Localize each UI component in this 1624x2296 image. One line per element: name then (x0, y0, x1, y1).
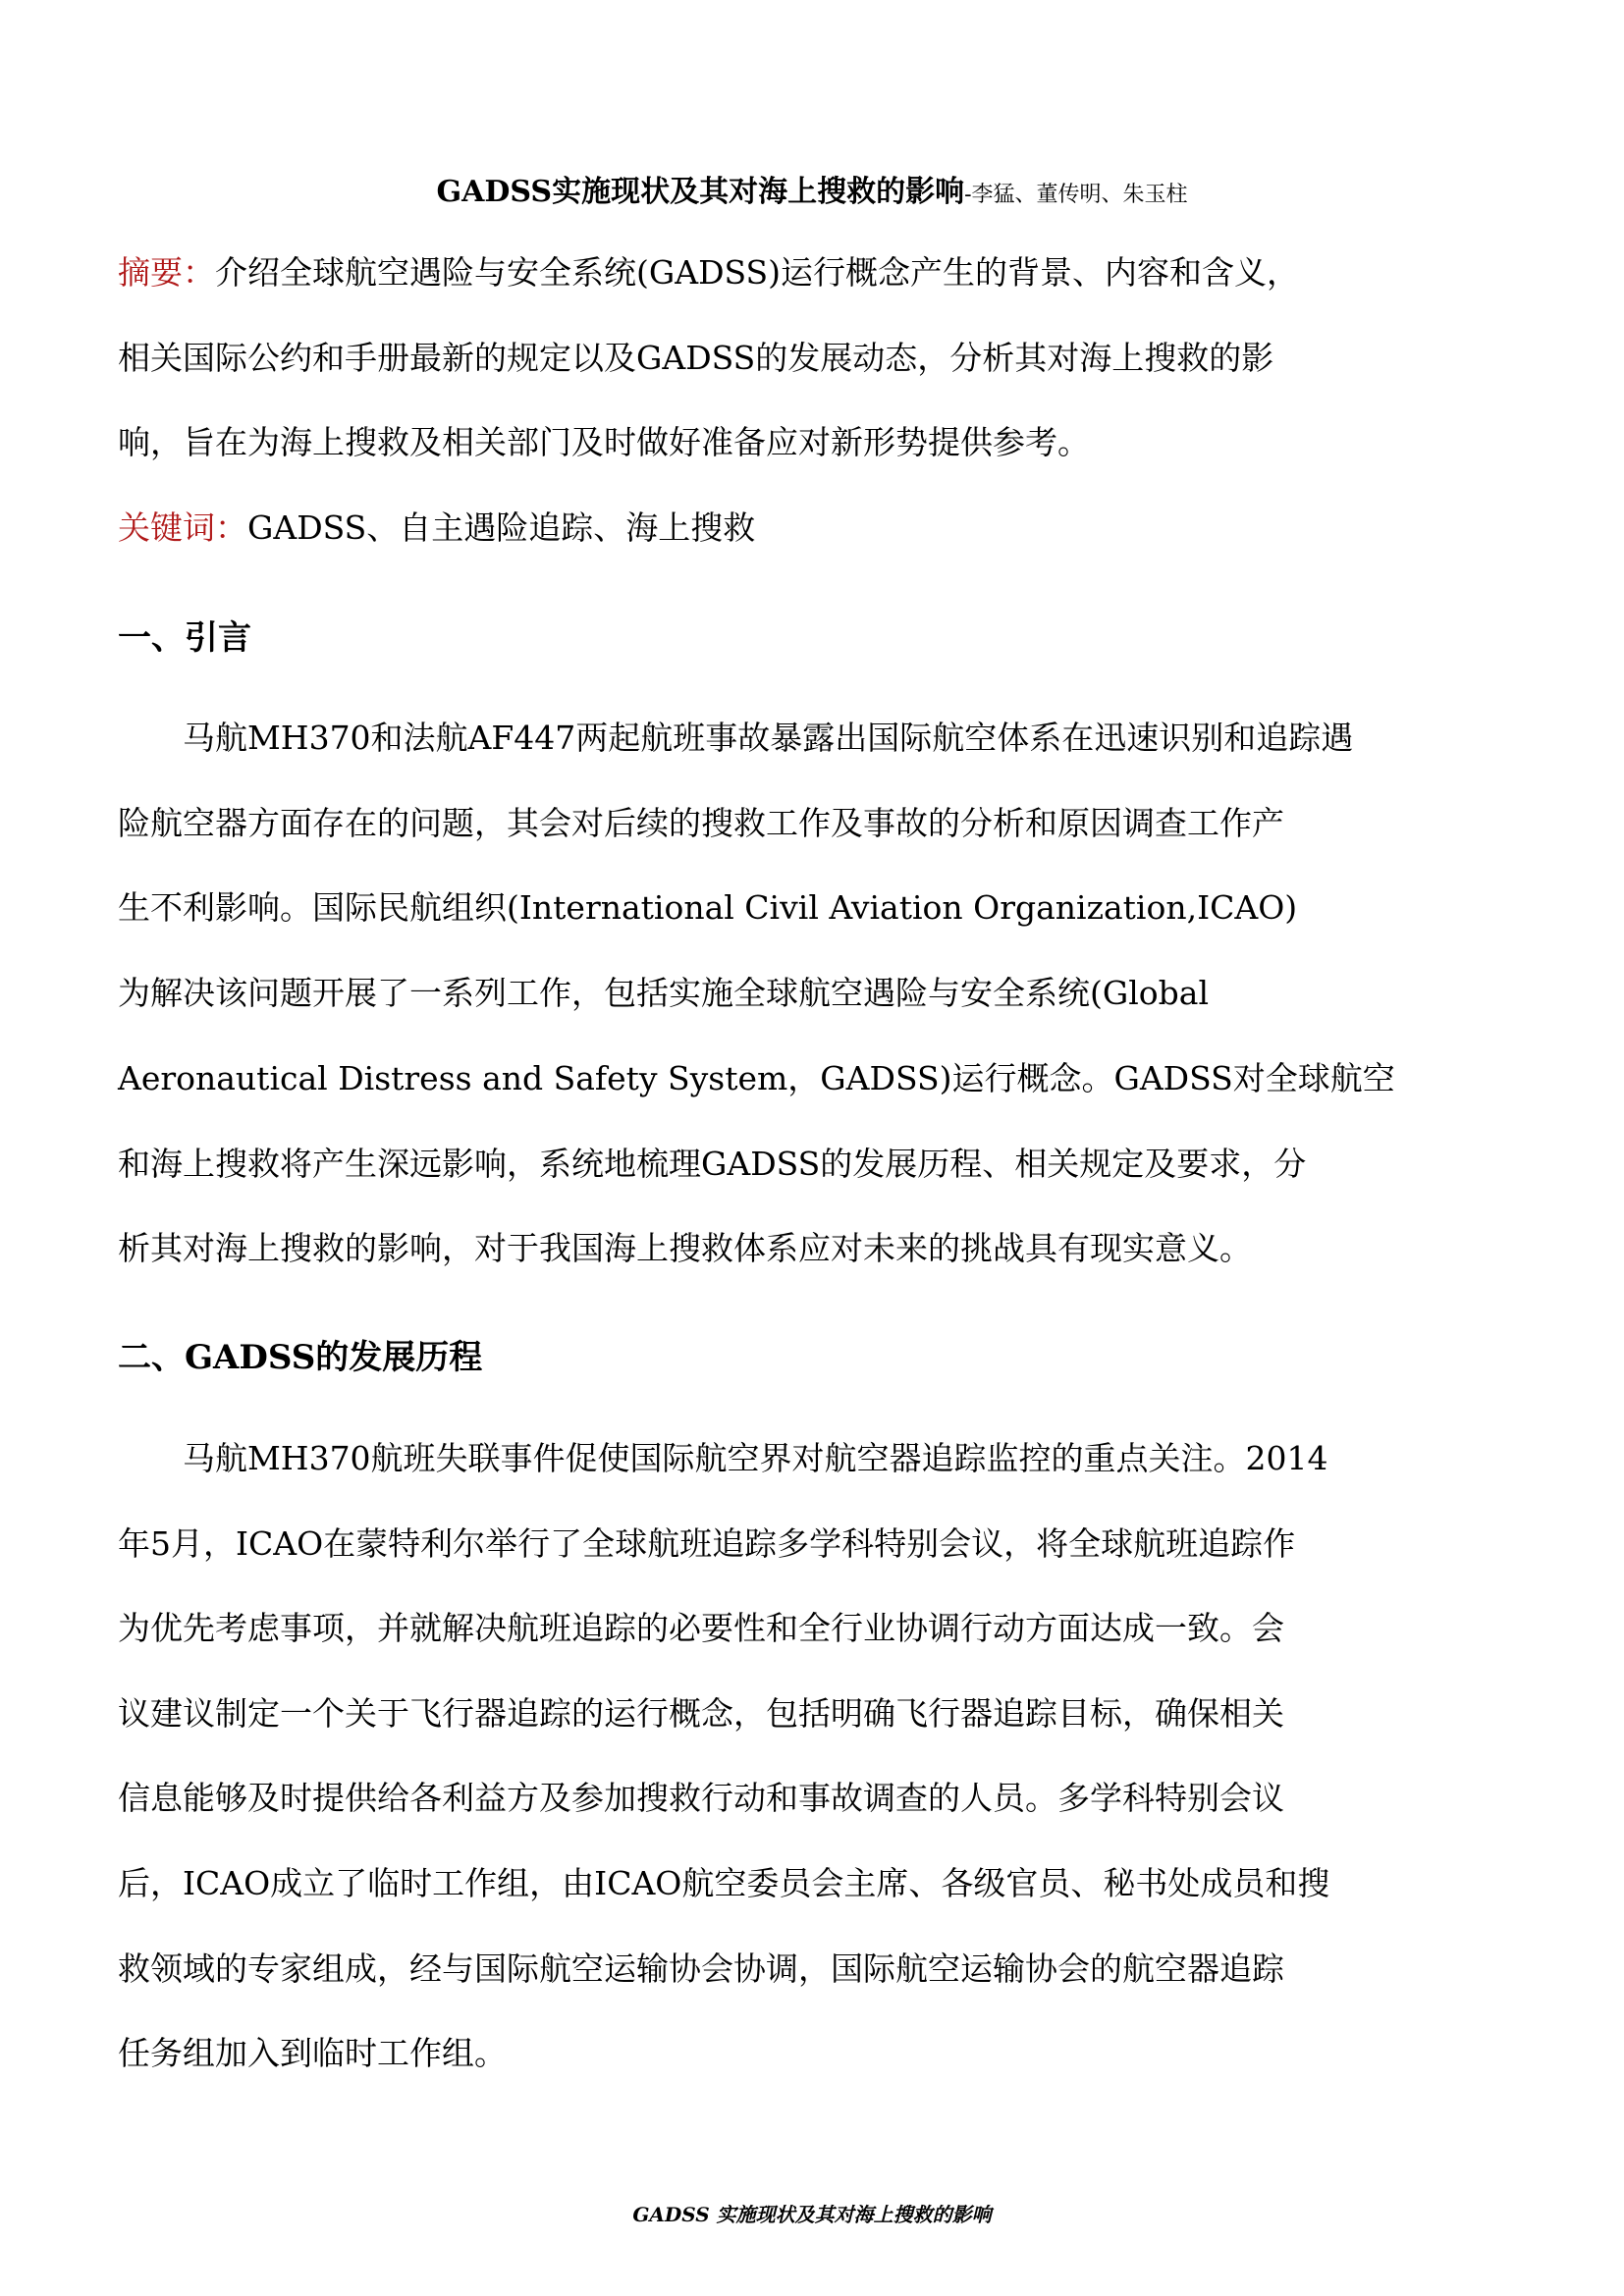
abstract-text: 介绍全球航空遇险与安全系统(GADSS)运行概念产生的背景、内容和含义， (215, 253, 1299, 292)
paragraph-line: 为解决该问题开展了一系列工作，包括实施全球航空遇险与安全系统(Global (118, 968, 1512, 1014)
document-title: GADSS实施现状及其对海上搜救的影响-李猛、董传明、朱玉柱 (0, 167, 1624, 210)
paragraph-line: 险航空器方面存在的问题，其会对后续的搜救工作及事故的分析和原因调查工作产 (118, 798, 1512, 844)
paragraph-line: 和海上搜救将产生深远影响，系统地梳理GADSS的发展历程、相关规定及要求，分 (118, 1139, 1512, 1185)
abstract-line-3: 响，旨在为海上搜救及相关部门及时做好准备应对新形势提供参考。 (118, 417, 1512, 463)
paragraph-line: 马航MH370和法航AF447两起航班事故暴露出国际航空体系在迅速识别和追踪遇 (118, 713, 1512, 759)
document-page: GADSS实施现状及其对海上搜救的影响-李猛、董传明、朱玉柱 摘要：介绍全球航空… (0, 0, 1624, 2296)
abstract-line-1: 摘要：介绍全球航空遇险与安全系统(GADSS)运行概念产生的背景、内容和含义， (118, 247, 1512, 294)
keywords-label: 关键词： (118, 508, 247, 547)
paragraph-line: 析其对海上搜救的影响，对于我国海上搜救体系应对未来的挑战具有现实意义。 (118, 1223, 1512, 1269)
paragraph-line: 马航MH370航班失联事件促使国际航空界对航空器追踪监控的重点关注。2014 (118, 1433, 1512, 1479)
title-text: GADSS实施现状及其对海上搜救的影响 (436, 175, 964, 209)
paragraph-line: 为优先考虑事项，并就解决航班追踪的必要性和全行业协调行动方面达成一致。会 (118, 1603, 1512, 1649)
paragraph-line: 生不利影响。国际民航组织(International Civil Aviatio… (118, 882, 1512, 929)
keywords-text: GADSS、自主遇险追踪、海上搜救 (247, 508, 755, 547)
page-footer: GADSS 实施现状及其对海上搜救的影响 (0, 2199, 1624, 2227)
section-heading-development: 二、GADSS的发展历程 (118, 1330, 482, 1378)
paragraph-line: 议建议制定一个关于飞行器追踪的运行概念，包括明确飞行器追踪目标，确保相关 (118, 1688, 1512, 1735)
paragraph-line: 后，ICAO成立了临时工作组，由ICAO航空委员会主席、各级官员、秘书处成员和搜 (118, 1858, 1512, 1904)
paragraph-line: 救领域的专家组成，经与国际航空运输协会协调，国际航空运输协会的航空器追踪 (118, 1944, 1512, 1990)
paragraph-line: 信息能够及时提供给各利益方及参加搜救行动和事故调查的人员。多学科特别会议 (118, 1773, 1512, 1819)
section-heading-introduction: 一、引言 (118, 611, 251, 659)
paragraph-line: 年5月，ICAO在蒙特利尔举行了全球航班追踪多学科特别会议，将全球航班追踪作 (118, 1519, 1512, 1565)
paragraph-line: Aeronautical Distress and Safety System，… (118, 1053, 1512, 1099)
abstract-line-2: 相关国际公约和手册最新的规定以及GADSS的发展动态，分析其对海上搜救的影 (118, 333, 1512, 379)
abstract-label: 摘要： (118, 253, 215, 292)
authors: -李猛、董传明、朱玉柱 (964, 183, 1187, 207)
paragraph-line: 任务组加入到临时工作组。 (118, 2028, 1512, 2074)
keywords-line: 关键词：GADSS、自主遇险追踪、海上搜救 (118, 503, 1512, 549)
